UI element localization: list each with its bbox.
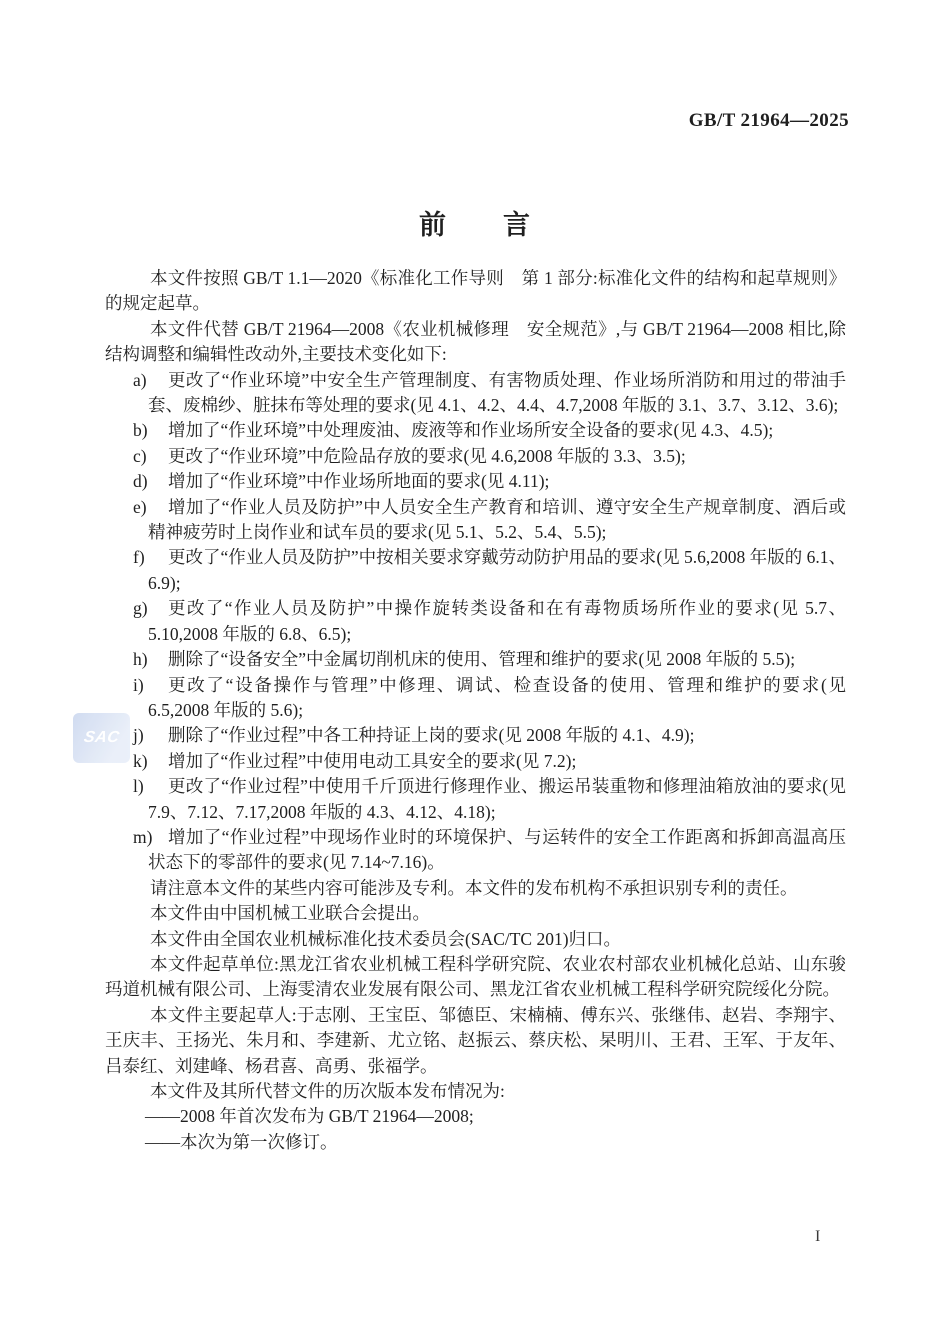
item-marker: g) [133, 596, 148, 621]
item-marker: a) [133, 368, 147, 393]
item-marker: m) [133, 825, 152, 850]
change-item-g: g) 更改了“作业人员及防护”中操作旋转类设备和在有毒物质场所作业的要求(见 5… [105, 596, 846, 647]
paragraph-basis: 本文件按照 GB/T 1.1—2020《标准化工作导则 第 1 部分:标准化文件… [105, 266, 846, 317]
item-text: 删除了“作业过程”中各工种持证上岗的要求(见 2008 年版的 4.1、4.9)… [168, 725, 694, 745]
change-item-j: j) 删除了“作业过程”中各工种持证上岗的要求(见 2008 年版的 4.1、4… [105, 723, 846, 748]
item-text: 增加了“作业环境”中作业场所地面的要求(见 4.11); [168, 471, 549, 491]
item-text: 增加了“作业环境”中处理废油、废液等和作业场所安全设备的要求(见 4.3、4.5… [168, 420, 773, 440]
change-item-i: i) 更改了“设备操作与管理”中修理、调试、检查设备的使用、管理和维护的要求(见… [105, 673, 846, 724]
change-item-d: d) 增加了“作业环境”中作业场所地面的要求(见 4.11); [105, 469, 846, 494]
paragraph-drafters: 本文件主要起草人:于志刚、王宝臣、邹德臣、宋楠楠、傅东兴、张继伟、赵岩、李翔宇、… [105, 1003, 846, 1079]
item-text: 增加了“作业过程”中现场作业时的环境保护、与运转件的安全工作距离和拆卸高温高压状… [148, 827, 846, 872]
sac-watermark-logo: SAC [73, 713, 130, 763]
item-text: 更改了“作业环境”中危险品存放的要求(见 4.6,2008 年版的 3.3、3.… [168, 446, 686, 466]
foreword-body: 本文件按照 GB/T 1.1—2020《标准化工作导则 第 1 部分:标准化文件… [105, 266, 846, 1155]
change-item-b: b) 增加了“作业环境”中处理废油、废液等和作业场所安全设备的要求(见 4.3、… [105, 418, 846, 443]
item-marker: i) [133, 673, 144, 698]
item-text: 更改了“作业人员及防护”中按相关要求穿戴劳动防护用品的要求(见 5.6,2008… [148, 547, 846, 592]
standard-code: GB/T 21964—2025 [689, 110, 849, 132]
item-marker: e) [133, 495, 147, 520]
technical-changes-list: a) 更改了“作业环境”中安全生产管理制度、有害物质处理、作业场所消防和用过的带… [105, 368, 846, 876]
change-item-m: m) 增加了“作业过程”中现场作业时的环境保护、与运转件的安全工作距离和拆卸高温… [105, 825, 846, 876]
paragraph-drafting-organizations: 本文件起草单位:黑龙江省农业机械工程科学研究院、农业农村部农业机械化总站、山东骏… [105, 952, 846, 1003]
item-text: 增加了“作业人员及防护”中人员安全生产教育和培训、遵守安全生产规章制度、酒后或精… [148, 497, 846, 542]
change-item-e: e) 增加了“作业人员及防护”中人员安全生产教育和培训、遵守安全生产规章制度、酒… [105, 495, 846, 546]
item-text: 更改了“作业环境”中安全生产管理制度、有害物质处理、作业场所消防和用过的带油手套… [148, 370, 846, 415]
history-entry-2008: ——2008 年首次发布为 GB/T 21964—2008; [105, 1104, 846, 1129]
item-text: 更改了“作业人员及防护”中操作旋转类设备和在有毒物质场所作业的要求(见 5.7、… [148, 598, 846, 643]
item-text: 删除了“设备安全”中金属切削机床的使用、管理和维护的要求(见 2008 年版的 … [168, 649, 795, 669]
item-marker: d) [133, 469, 148, 494]
page-number: I [815, 1228, 820, 1246]
item-marker: h) [133, 647, 148, 672]
paragraph-patent-notice: 请注意本文件的某些内容可能涉及专利。本文件的发布机构不承担识别专利的责任。 [105, 876, 846, 901]
item-marker: f) [133, 545, 145, 570]
history-entry-current: ——本次为第一次修订。 [105, 1130, 846, 1155]
sac-watermark-text: SAC [82, 729, 120, 747]
paragraph-replaces: 本文件代替 GB/T 21964—2008《农业机械修理 安全规范》,与 GB/… [105, 317, 846, 368]
foreword-title: 前 言 [0, 203, 950, 242]
paragraph-proposed-by: 本文件由中国机械工业联合会提出。 [105, 901, 846, 926]
item-text: 更改了“设备操作与管理”中修理、调试、检查设备的使用、管理和维护的要求(见 6.… [148, 675, 846, 720]
change-item-f: f) 更改了“作业人员及防护”中按相关要求穿戴劳动防护用品的要求(见 5.6,2… [105, 545, 846, 596]
paragraph-centralized-by: 本文件由全国农业机械标准化技术委员会(SAC/TC 201)归口。 [105, 927, 846, 952]
change-item-k: k) 增加了“作业过程”中使用电动工具安全的要求(见 7.2); [105, 749, 846, 774]
change-item-c: c) 更改了“作业环境”中危险品存放的要求(见 4.6,2008 年版的 3.3… [105, 444, 846, 469]
item-text: 增加了“作业过程”中使用电动工具安全的要求(见 7.2); [168, 751, 576, 771]
change-item-a: a) 更改了“作业环境”中安全生产管理制度、有害物质处理、作业场所消防和用过的带… [105, 368, 846, 419]
change-item-h: h) 删除了“设备安全”中金属切削机床的使用、管理和维护的要求(见 2008 年… [105, 647, 846, 672]
document-page: GB/T 21964—2025 前 言 本文件按照 GB/T 1.1—2020《… [0, 0, 950, 1344]
item-marker: c) [133, 444, 147, 469]
item-marker: b) [133, 418, 148, 443]
item-marker: l) [133, 774, 144, 799]
paragraph-history-intro: 本文件及其所代替文件的历次版本发布情况为: [105, 1079, 846, 1104]
change-item-l: l) 更改了“作业过程”中使用千斤顶进行修理作业、搬运吊装重物和修理油箱放油的要… [105, 774, 846, 825]
item-text: 更改了“作业过程”中使用千斤顶进行修理作业、搬运吊装重物和修理油箱放油的要求(见… [148, 776, 846, 821]
item-marker: j) [133, 723, 144, 748]
item-marker: k) [133, 749, 148, 774]
